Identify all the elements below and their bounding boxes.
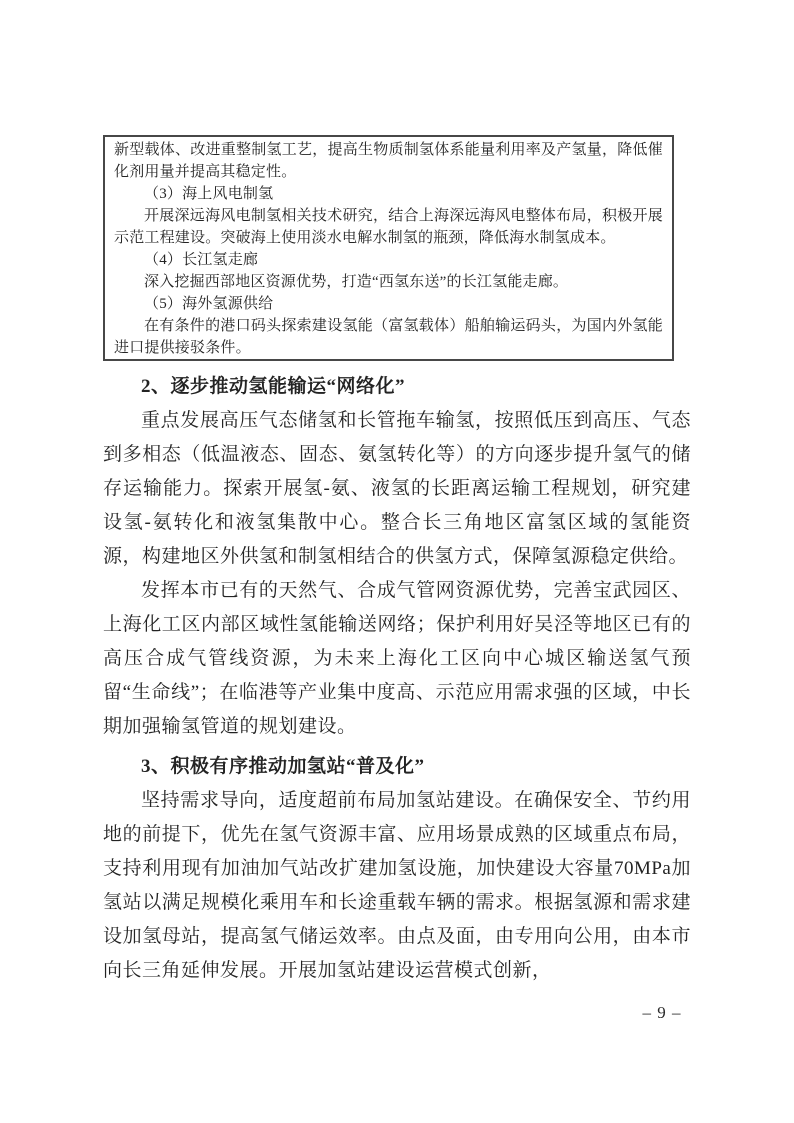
box-paragraph: （3）海上风电制氢	[114, 183, 663, 205]
box-paragraph: 开展深远海风电制氢相关技术研究，结合上海深远海风电整体布局，积极开展示范工程建设…	[114, 205, 663, 249]
box-paragraph: 深入挖掘西部地区资源优势，打造“西氢东送”的长江氢能走廊。	[114, 271, 663, 293]
body-paragraph: 坚持需求导向，适度超前布局加氢站建设。在确保安全、节约用地的前提下，优先在氢气资…	[103, 784, 691, 988]
box-paragraph: （5）海外氢源供给	[114, 293, 663, 315]
body-paragraph: 发挥本市已有的天然气、合成气管网资源优势，完善宝武园区、上海化工区内部区域性氢能…	[103, 574, 691, 744]
document-body: 2、逐步推动氢能输运“网络化” 重点发展高压气态储氢和长管拖车输氢，按照低压到高…	[103, 366, 691, 988]
section-heading-3: 3、积极有序推动加氢站“普及化”	[103, 750, 691, 784]
section-heading-2: 2、逐步推动氢能输运“网络化”	[103, 370, 691, 404]
document-page: 新型载体、改进重整制氢工艺，提高生物质制氢体系能量利用率及产氢量，降低催化剂用量…	[0, 0, 794, 1123]
page-number: – 9 –	[630, 1003, 694, 1023]
boxed-excerpt: 新型载体、改进重整制氢工艺，提高生物质制氢体系能量利用率及产氢量，降低催化剂用量…	[103, 135, 674, 361]
box-paragraph: 新型载体、改进重整制氢工艺，提高生物质制氢体系能量利用率及产氢量，降低催化剂用量…	[114, 139, 663, 183]
box-paragraph: 在有条件的港口码头探索建设氢能（富氢载体）船舶输运码头，为国内外氢能进口提供接驳…	[114, 315, 663, 359]
box-paragraph: （4）长江氢走廊	[114, 249, 663, 271]
body-paragraph: 重点发展高压气态储氢和长管拖车输氢，按照低压到高压、气态到多相态（低温液态、固态…	[103, 404, 691, 574]
